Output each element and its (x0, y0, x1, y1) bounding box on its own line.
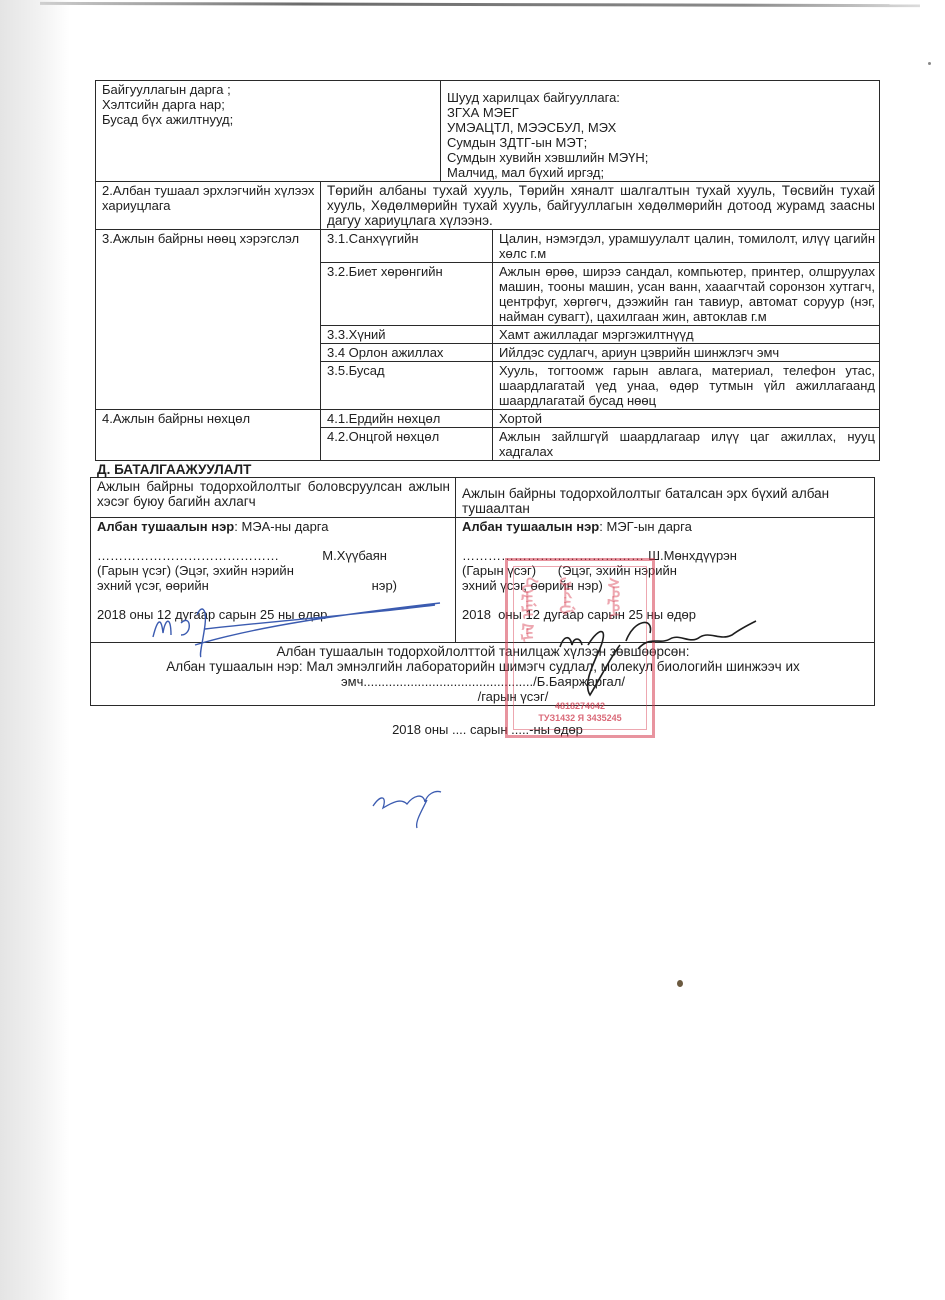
approver-header: Ажлын байрны тодорхойлолтыг баталсан эрх… (456, 478, 875, 518)
resource-description: Хууль, тогтоомж гарын авлага, материал, … (493, 362, 880, 410)
condition-description: Ажлын зайлшгүй шаардлагаар илүү цаг ажил… (493, 428, 880, 461)
approver-name: Ш.Мөнхдүүрэн (648, 548, 737, 563)
ack-line-3: эмч.....................................… (97, 674, 869, 689)
responsibility-label: 2.Албан тушаал эрхлэгчийн хүлээх хариуцл… (96, 182, 321, 230)
resources-label: 3.Ажлын байрны нөөц хэрэгслэл (96, 230, 321, 410)
scan-speck (677, 980, 683, 987)
signature-dots: …………………………………… (97, 548, 279, 563)
preparer-header: Ажлын байрны тодорхойлолтыг боловсруулса… (91, 478, 456, 518)
preparer-name: М.Хүүбаян (322, 548, 387, 563)
resource-type-label: 3.4 Орлон ажиллах (321, 344, 493, 362)
signature-caption-2: эхний үсэг, өөрийн нэр) (462, 578, 869, 593)
footer-date: 2018 оны .... сарын .....-ны өдөр (95, 722, 880, 737)
employee-signature-icon (365, 780, 455, 830)
condition-description: Хортой (493, 410, 880, 428)
position-label: Албан тушаалын нэр (97, 519, 234, 534)
ack-line-4: /гарын үсэг/ (97, 689, 869, 704)
signature-caption: (Гарын үсэг) (Эцэг, эхийн нэрийн (97, 563, 450, 578)
position-value: : МЭГ-ын дарга (599, 519, 692, 534)
scan-left-shadow (0, 0, 70, 1300)
position-value: : МЭА-ны дарга (234, 519, 328, 534)
contact-line: Сумдын хувийн хэвшлийн МЭҮН; (447, 150, 875, 165)
signature-dots: ........................................… (363, 674, 533, 689)
preparer-date: 2018 оны 12 дугаар сарын 25 ны өдөр (97, 607, 450, 622)
condition-row: 4.Ажлын байрны нөхцөл 4.1.Ердийн нөхцөл … (96, 410, 880, 428)
contact-line: Малчид, мал бүхий иргэд; (447, 165, 875, 180)
caption-part: эхний үсэг, өөрийн (97, 578, 209, 593)
resource-description: Цалин, нэмэгдэл, урамшуулалт цалин, томи… (493, 230, 880, 263)
position-label: Албан тушаалын нэр (462, 519, 599, 534)
condition-type-label: 4.1.Ердийн нөхцөл (321, 410, 493, 428)
internal-contacts-cell: Байгууллагын дарга ; Хэлтсийн дарга нар;… (96, 81, 441, 182)
condition-type-label: 4.2.Онцгой нөхцөл (321, 428, 493, 461)
signature-caption-2: эхний үсэг, өөрийн нэр) (97, 578, 397, 593)
external-contacts-cell: Шууд харилцах байгууллага: ЗГХА МЭЕГ УМЭ… (441, 81, 880, 182)
resource-type-label: 3.3.Хүний (321, 326, 493, 344)
caption-part: нэр) (372, 578, 397, 593)
resource-description: Ийлдэс судлагч, ариун цэврийн шинжлэгч э… (493, 344, 880, 362)
resource-description: Ажлын өрөө, ширээ сандал, компьютер, при… (493, 263, 880, 326)
preparer-signature-line: …………………………………… М.Хүүбаян (97, 548, 387, 563)
responsibility-text: Төрийн албаны тухай хууль, Төрийн хяналт… (321, 182, 880, 230)
contact-line: Сумдын ЗДТГ-ын МЭТ; (447, 135, 875, 150)
resource-type-label: 3.5.Бусад (321, 362, 493, 410)
signature-dots: …………………………………… (462, 548, 644, 563)
approval-table: Ажлын байрны тодорхойлолтыг боловсруулса… (90, 477, 875, 706)
preparer-position: Албан тушаалын нэр: МЭА-ны дарга (97, 519, 450, 534)
responsibility-row: 2.Албан тушаал эрхлэгчийн хүлээх хариуцл… (96, 182, 880, 230)
approver-position: Албан тушаалын нэр: МЭГ-ын дарга (462, 519, 869, 534)
scan-speck (928, 62, 931, 65)
contact-line: Шууд харилцах байгууллага: (447, 90, 875, 105)
contact-line: Байгууллагын дарга ; (102, 82, 436, 97)
signature-caption: (Гарын үсэг) (Эцэг, эхийн нэрийн (462, 563, 869, 578)
ack-line-1: Албан тушаалын тодорхойлолттой танилцаж … (97, 644, 869, 659)
contact-line: УМЭАЦТЛ, МЭЭСБУЛ, МЭХ (447, 120, 875, 135)
job-details-table: 2.Албан тушаал эрхлэгчийн хүлээх хариуцл… (95, 181, 880, 461)
contact-line: Бусад бүх ажилтнууд; (102, 112, 436, 127)
job-description-page: Байгууллагын дарга ; Хэлтсийн дарга нар;… (95, 80, 880, 737)
preparer-block: Албан тушаалын нэр: МЭА-ны дарга …………………… (91, 518, 456, 643)
approval-section-title: Д. БАТАЛГААЖУУЛАЛТ (95, 461, 880, 477)
resource-type-label: 3.1.Санхүүгийн (321, 230, 493, 263)
contact-line: Хэлтсийн дарга нар; (102, 97, 436, 112)
ack-position-suffix: эмч (341, 674, 363, 689)
resource-type-label: 3.2.Биет хөрөнгийн (321, 263, 493, 326)
approver-block: Албан тушаалын нэр: МЭГ-ын дарга …………………… (456, 518, 875, 643)
conditions-label: 4.Ажлын байрны нөхцөл (96, 410, 321, 461)
resource-description: Хамт ажилладаг мэргэжилтнүүд (493, 326, 880, 344)
communication-table: Байгууллагын дарга ; Хэлтсийн дарга нар;… (95, 80, 880, 182)
employee-name: /Б.Баяржаргал/ (533, 674, 625, 689)
scan-top-edge (40, 2, 920, 7)
approver-date: 2018 оны 12 дугаар сарын 25 ны өдөр (462, 607, 869, 622)
resource-row: 3.Ажлын байрны нөөц хэрэгслэл 3.1.Санхүү… (96, 230, 880, 263)
ack-line-2: Албан тушаалын нэр: Мал эмнэлгийн лабора… (97, 659, 869, 674)
approver-signature-line: …………………………………… Ш.Мөнхдүүрэн (462, 548, 737, 563)
acknowledgement-block: Албан тушаалын тодорхойлолттой танилцаж … (91, 643, 875, 706)
contact-line: ЗГХА МЭЕГ (447, 105, 875, 120)
